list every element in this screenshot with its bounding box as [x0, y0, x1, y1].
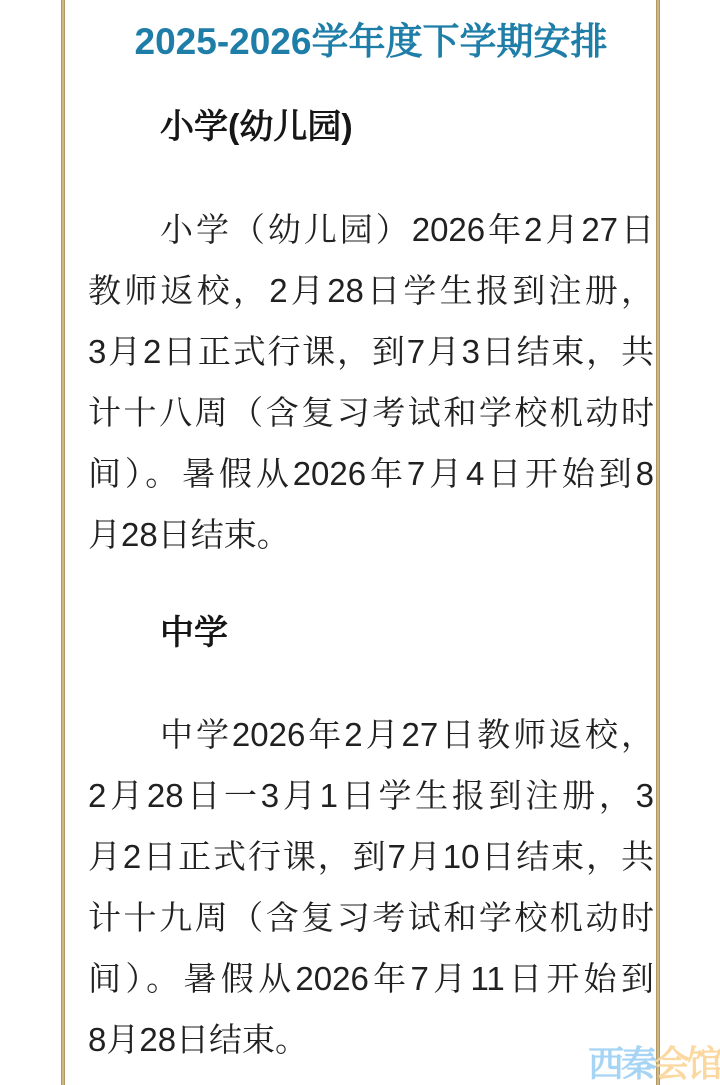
text-line: 教师返校，2月28日学生报到注册， — [88, 260, 654, 321]
page-title: 2025-2026学年度下学期安排 — [88, 20, 654, 64]
text-line: 8月28日结束。 — [88, 1009, 654, 1070]
text-line: 2月28日一3月1日学生报到注册，3 — [88, 765, 654, 826]
watermark-part1: 西秦 — [588, 1043, 654, 1084]
text-line: 中学2026年2月27日教师返校， — [88, 704, 654, 765]
notice-page: { "page": { "background_color": "#ffffff… — [0, 0, 720, 1085]
left-border-line — [61, 0, 65, 1085]
watermark: 西秦会馆 — [588, 1044, 720, 1084]
text-line: 月2日正式行课，到7月10日结束，共 — [88, 826, 654, 887]
text-line: 间）。暑假从2026年7月4日开始到8 — [88, 443, 654, 504]
text-line: 月28日结束。 — [88, 504, 654, 565]
watermark-part2: 会馆 — [654, 1043, 720, 1084]
text-line: 计十八周（含复习考试和学校机动时 — [88, 382, 654, 443]
paragraph-middle-school: 中学2026年2月27日教师返校， 2月28日一3月1日学生报到注册，3 月2日… — [88, 704, 654, 1070]
text-line: 小学（幼儿园）2026年2月27日 — [88, 199, 654, 260]
paragraph-primary-school: 小学（幼儿园）2026年2月27日 教师返校，2月28日学生报到注册， 3月2日… — [88, 199, 654, 565]
text-line: 3月2日正式行课，到7月3日结束，共 — [88, 321, 654, 382]
heading-middle-school: 中学 — [88, 610, 654, 656]
notice-content: 2025-2026学年度下学期安排 小学(幼儿园) 小学（幼儿园）2026年2月… — [88, 0, 654, 1070]
right-border-line — [656, 0, 660, 1085]
text-line: 间）。暑假从2026年7月11日开始到 — [88, 948, 654, 1009]
text-line: 计十九周（含复习考试和学校机动时 — [88, 887, 654, 948]
heading-primary-school: 小学(幼儿园) — [88, 104, 654, 150]
